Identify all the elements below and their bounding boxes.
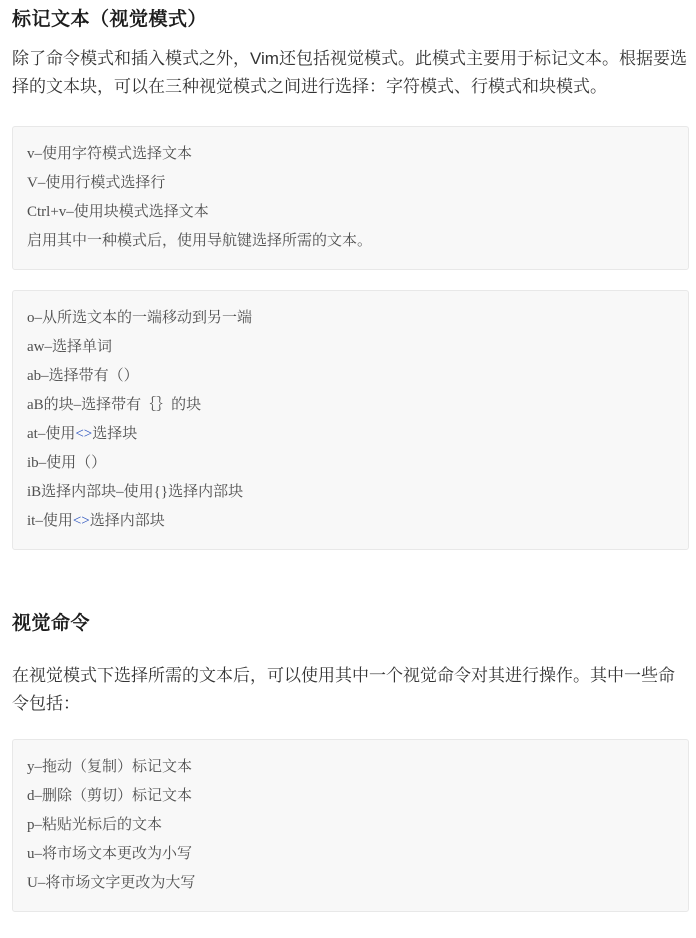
code-text: 启用其中一种模式后，使用导航键选择所需的文本。 — [27, 233, 372, 249]
section-visual-commands: 视觉命令 在视觉模式下选择所需的文本后，可以使用其中一个视觉命令对其进行操作。其… — [12, 612, 689, 912]
section-title-visual-commands: 视觉命令 — [12, 612, 689, 636]
code-line: Ctrl+v–使用块模式选择文本 — [27, 198, 674, 227]
code-text: U–将市场文字更改为大写 — [27, 875, 195, 891]
page-title: 标记文本（视觉模式） — [12, 8, 689, 32]
code-text: p–粘贴光标后的文本 — [27, 817, 162, 833]
code-line: it–使用<>选择内部块 — [27, 507, 674, 536]
code-line: U–将市场文字更改为大写 — [27, 869, 674, 898]
code-line: aB的块–选择带有｛｝的块 — [27, 391, 674, 420]
code-line: aw–选择单词 — [27, 333, 674, 362]
tag-brackets-accent: <> — [75, 426, 92, 442]
code-block-selection-commands: o–从所选文本的一端移动到另一端aw–选择单词ab–选择带有（）aB的块–选择带… — [12, 290, 689, 550]
code-text: y–拖动（复制）标记文本 — [27, 759, 192, 775]
code-text: ab–选择带有（） — [27, 368, 139, 384]
code-text: iB选择内部块–使用{}选择内部块 — [27, 484, 243, 500]
code-text: aw–选择单词 — [27, 339, 112, 355]
code-text: ib–使用（） — [27, 455, 106, 471]
code-line: at–使用<>选择块 — [27, 420, 674, 449]
code-line: d–删除（剪切）标记文本 — [27, 782, 674, 811]
code-line: u–将市场文本更改为小写 — [27, 840, 674, 869]
code-line: p–粘贴光标后的文本 — [27, 811, 674, 840]
code-text: 选择内部块 — [90, 513, 165, 529]
code-text: 选择块 — [92, 426, 137, 442]
code-line: y–拖动（复制）标记文本 — [27, 753, 674, 782]
tag-brackets-accent: <> — [73, 513, 90, 529]
code-text: aB的块–选择带有｛｝的块 — [27, 397, 201, 413]
code-text: at–使用 — [27, 426, 75, 442]
code-line: o–从所选文本的一端移动到另一端 — [27, 304, 674, 333]
intro-paragraph: 除了命令模式和插入模式之外，Vim还包括视觉模式。此模式主要用于标记文本。根据要… — [12, 45, 689, 101]
code-line: ib–使用（） — [27, 449, 674, 478]
code-line: 启用其中一种模式后，使用导航键选择所需的文本。 — [27, 227, 674, 256]
code-text: v–使用字符模式选择文本 — [27, 146, 192, 162]
code-text: Ctrl+v–使用块模式选择文本 — [27, 204, 209, 220]
code-block-group: y–拖动（复制）标记文本d–删除（剪切）标记文本p–粘贴光标后的文本u–将市场文… — [12, 739, 689, 912]
visual-commands-paragraph: 在视觉模式下选择所需的文本后，可以使用其中一个视觉命令对其进行操作。其中一些命令… — [12, 662, 689, 718]
code-line: ab–选择带有（） — [27, 362, 674, 391]
code-line: iB选择内部块–使用{}选择内部块 — [27, 478, 674, 507]
code-block-visual-modes: v–使用字符模式选择文本V–使用行模式选择行Ctrl+v–使用块模式选择文本启用… — [12, 126, 689, 270]
code-text: V–使用行模式选择行 — [27, 175, 165, 191]
code-block-group: v–使用字符模式选择文本V–使用行模式选择行Ctrl+v–使用块模式选择文本启用… — [12, 126, 689, 550]
code-block-visual-commands: y–拖动（复制）标记文本d–删除（剪切）标记文本p–粘贴光标后的文本u–将市场文… — [12, 739, 689, 912]
code-text: d–删除（剪切）标记文本 — [27, 788, 192, 804]
code-line: V–使用行模式选择行 — [27, 169, 674, 198]
section-mark-text: 标记文本（视觉模式） 除了命令模式和插入模式之外，Vim还包括视觉模式。此模式主… — [12, 8, 689, 550]
code-text: u–将市场文本更改为小写 — [27, 846, 192, 862]
code-text: it–使用 — [27, 513, 73, 529]
code-line: v–使用字符模式选择文本 — [27, 140, 674, 169]
code-text: o–从所选文本的一端移动到另一端 — [27, 310, 252, 326]
